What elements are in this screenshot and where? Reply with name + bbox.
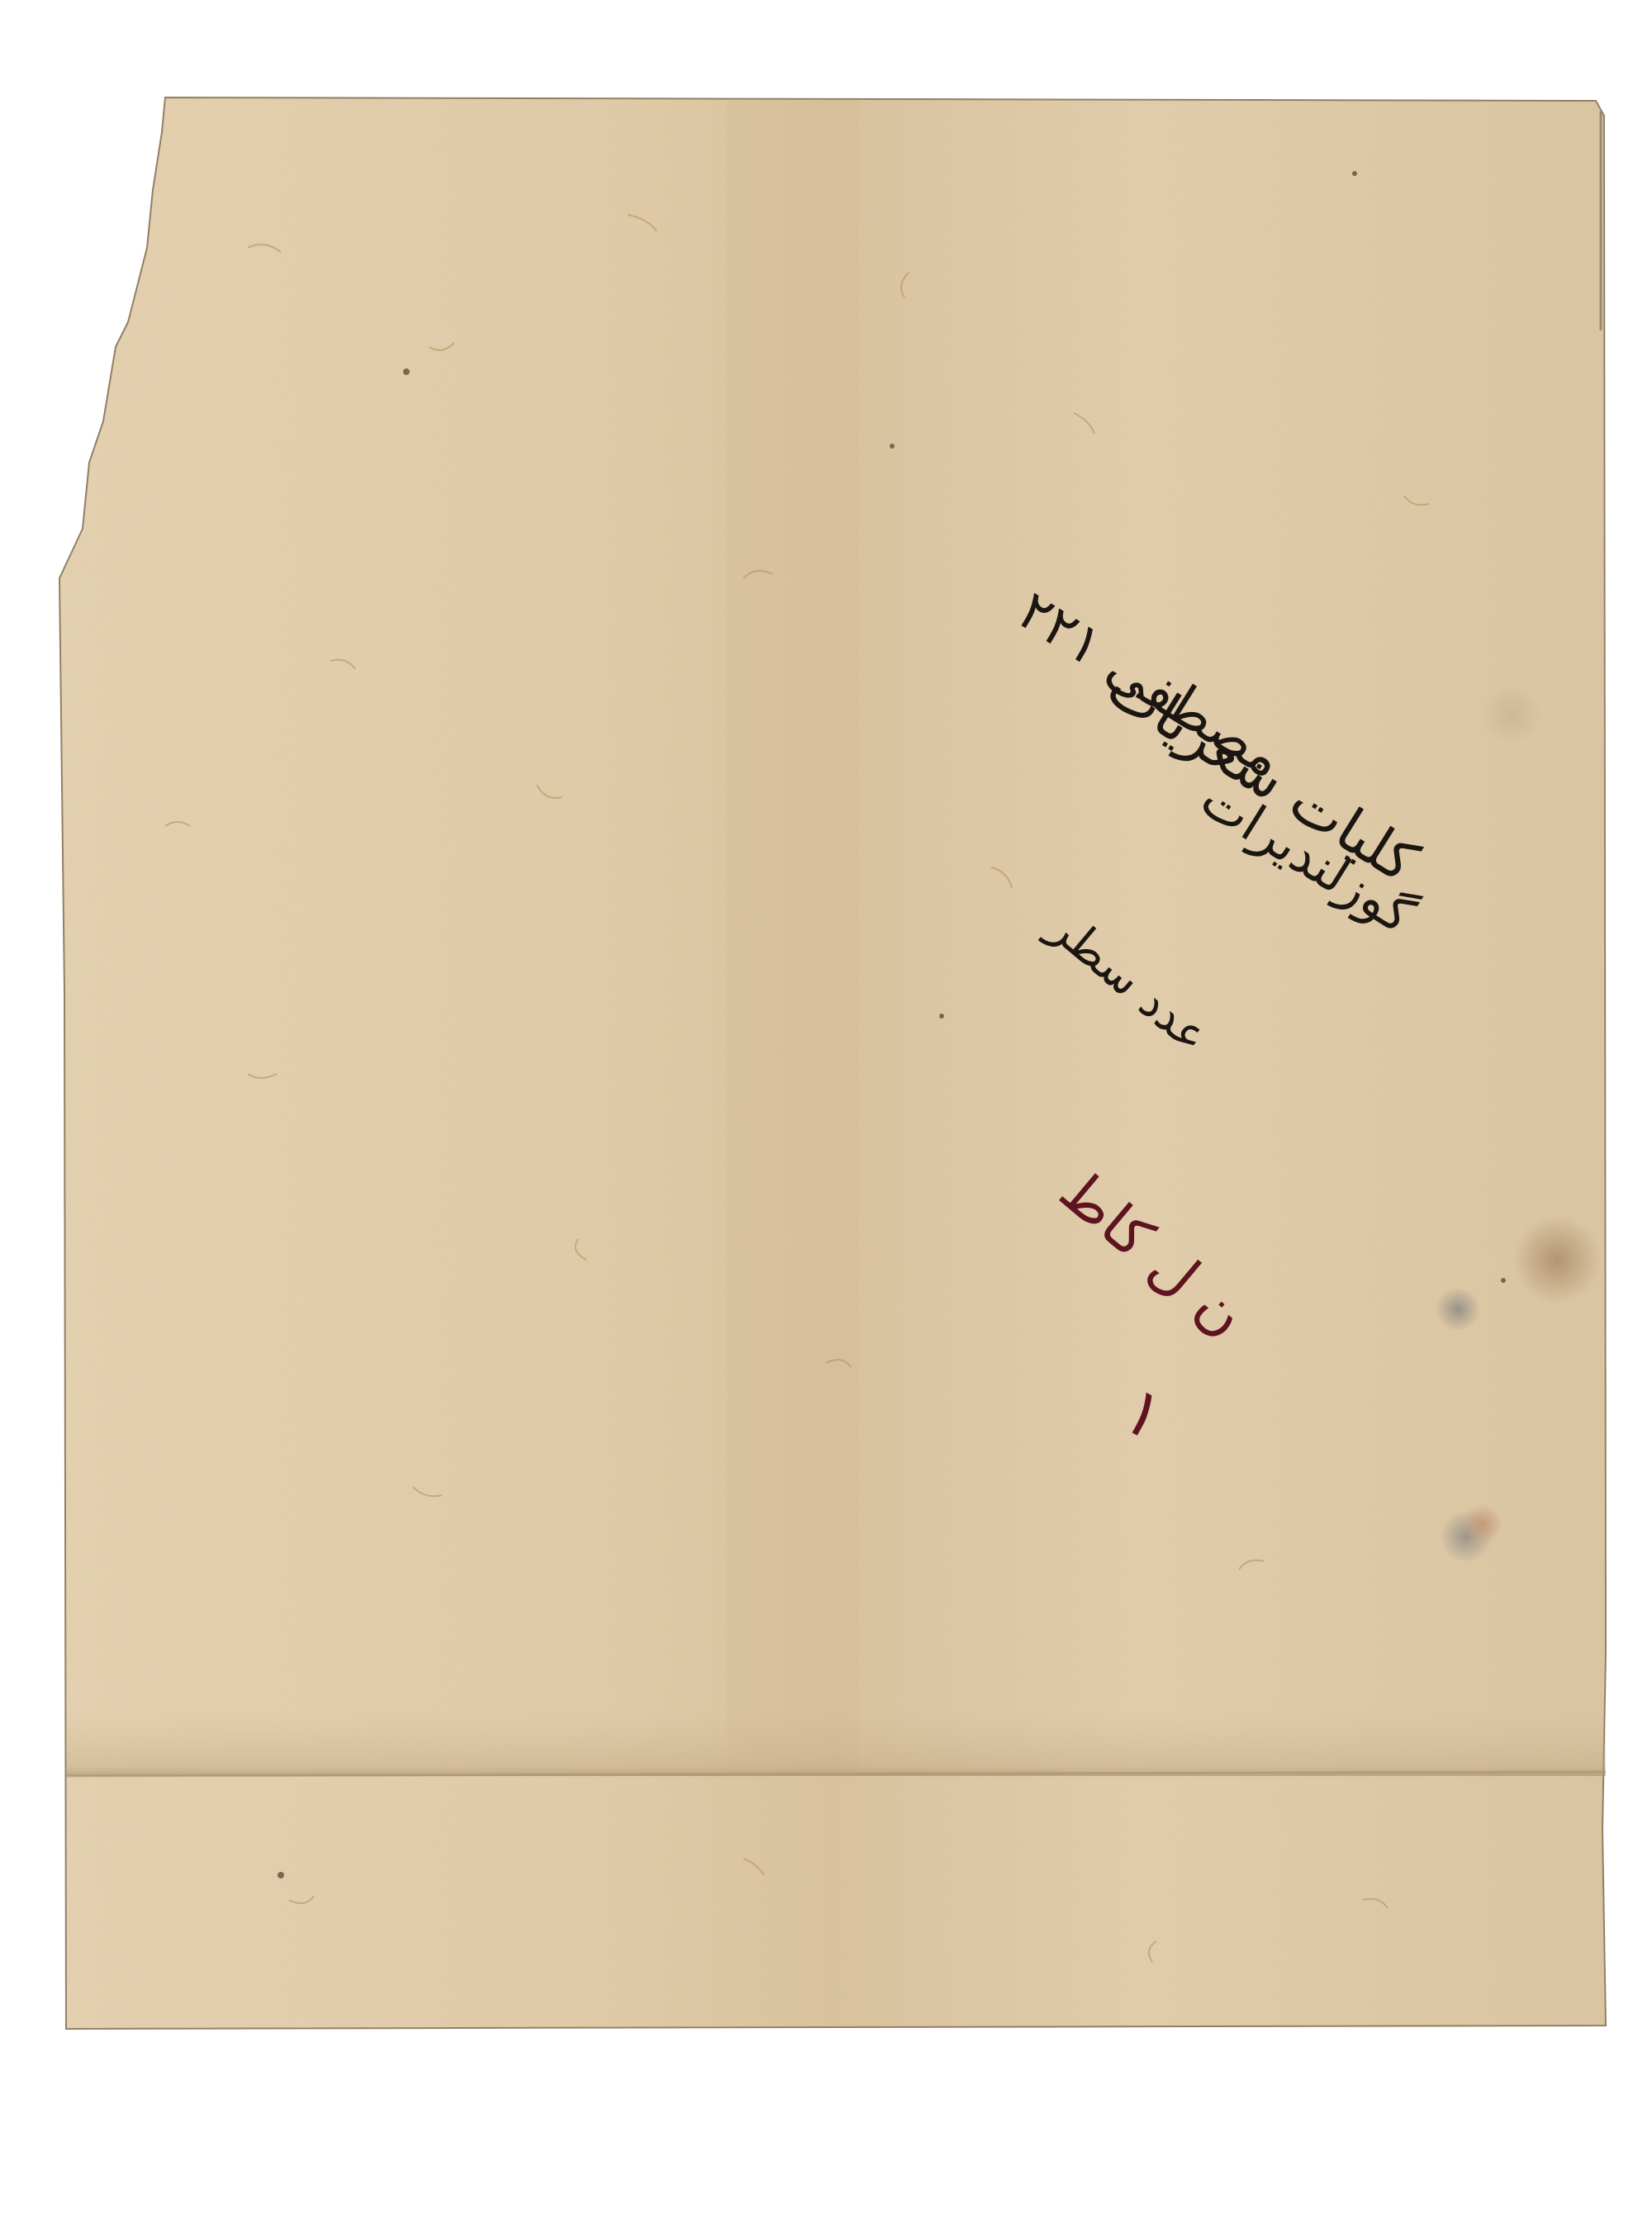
manuscript-leaf: مصطفى ٢٢١ كليات شعريات گوزلنديرات عدد سط…: [0, 0, 1652, 2218]
reddish-stain: [1462, 1503, 1503, 1545]
grey-stain: [1433, 1289, 1483, 1330]
brown-stain: [1512, 1214, 1602, 1305]
faint-stain: [1479, 686, 1545, 743]
paper-sheet: [0, 0, 1652, 2218]
